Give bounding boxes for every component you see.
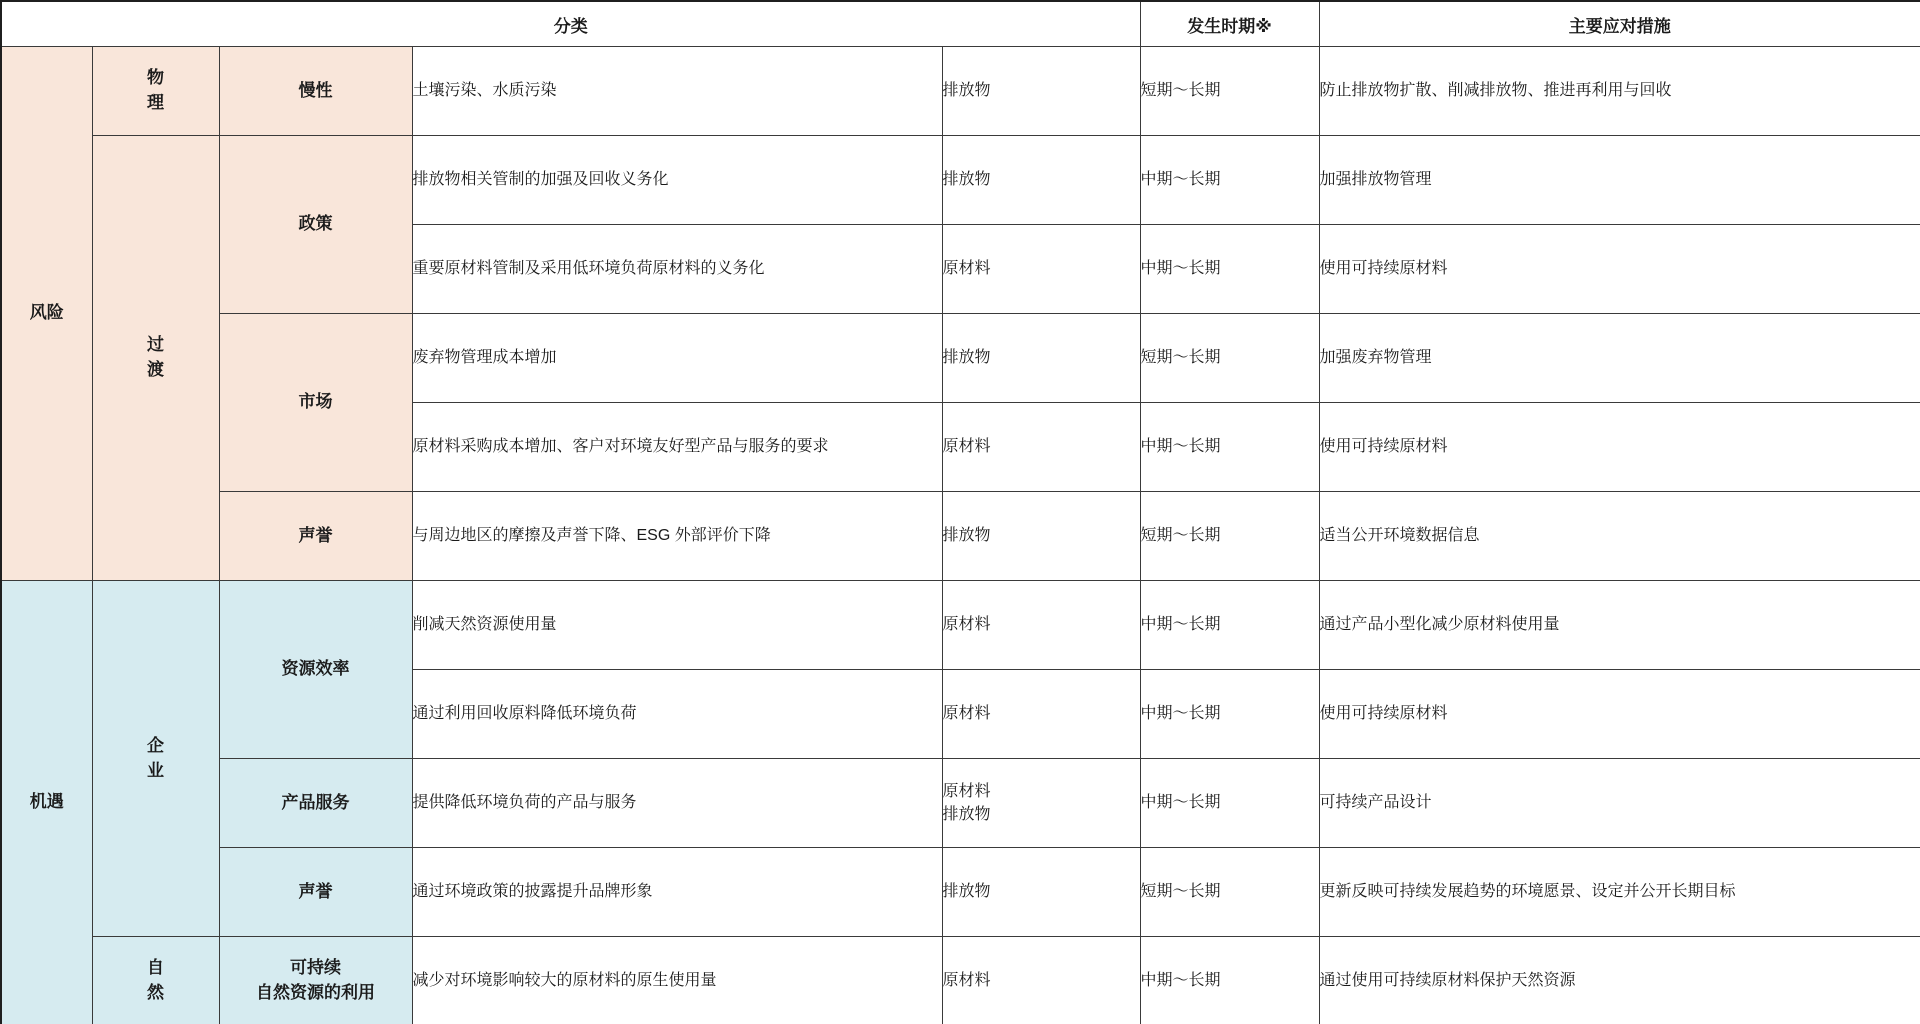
subgroup-label-products-services: 产品服务 [219,759,412,848]
occurrence-period: 短期～长期 [1140,492,1319,581]
factor: 原材料 [942,581,1140,670]
header-occurrence-period: 发生时期※ [1140,1,1319,47]
measure: 使用可持续原材料 [1319,670,1920,759]
occurrence-period: 中期～长期 [1140,937,1319,1024]
subgroup-label-market: 市场 [219,314,412,492]
impact-description: 排放物相关管制的加强及回收义务化 [412,136,942,225]
factor: 原材料 [942,670,1140,759]
subgroup-label-resource-efficiency: 资源效率 [219,581,412,759]
header-main-measures: 主要应对措施 [1319,1,1920,47]
measure: 使用可持续原材料 [1319,225,1920,314]
measure: 更新反映可持续发展趋势的环境愿景、设定并公开长期目标 [1319,848,1920,937]
impact-description: 通过利用回收原料降低环境负荷 [412,670,942,759]
measure: 加强排放物管理 [1319,136,1920,225]
table-row: 机遇 企 业 资源效率 削减天然资源使用量 原材料 中期～长期 通过产品小型化减… [1,581,1920,670]
occurrence-period: 中期～长期 [1140,581,1319,670]
impact-description: 通过环境政策的披露提升品牌形象 [412,848,942,937]
impact-description: 削减天然资源使用量 [412,581,942,670]
factor: 原材料 [942,937,1140,1024]
subgroup-label-policy: 政策 [219,136,412,314]
factor: 排放物 [942,492,1140,581]
occurrence-period: 中期～长期 [1140,136,1319,225]
table-row: 产品服务 提供降低环境负荷的产品与服务 原材料 排放物 中期～长期 可持续产品设… [1,759,1920,848]
measure: 通过产品小型化减少原材料使用量 [1319,581,1920,670]
factor: 排放物 [942,47,1140,136]
impact-description: 原材料采购成本增加、客户对环境友好型产品与服务的要求 [412,403,942,492]
measure: 可持续产品设计 [1319,759,1920,848]
subgroup-label-reputation-opportunity: 声誉 [219,848,412,937]
impact-description: 重要原材料管制及采用低环境负荷原材料的义务化 [412,225,942,314]
subgroup-label-sustainable-use: 可持续 自然资源的利用 [219,937,412,1024]
factor: 原材料 [942,403,1140,492]
occurrence-period: 中期～长期 [1140,225,1319,314]
table-row: 声誉 与周边地区的摩擦及声誉下降、ESG 外部评价下降 排放物 短期～长期 适当… [1,492,1920,581]
factor: 排放物 [942,848,1140,937]
table-row: 自 然 可持续 自然资源的利用 减少对环境影响较大的原材料的原生使用量 原材料 … [1,937,1920,1024]
impact-description: 减少对环境影响较大的原材料的原生使用量 [412,937,942,1024]
table-row: 市场 废弃物管理成本增加 排放物 短期～长期 加强废弃物管理 [1,314,1920,403]
factor: 原材料 [942,225,1140,314]
section-label-risk: 风险 [1,47,92,581]
impact-description: 提供降低环境负荷的产品与服务 [412,759,942,848]
measure: 通过使用可持续原材料保护天然资源 [1319,937,1920,1024]
group-label-physical: 物 理 [92,47,219,136]
factor: 排放物 [942,136,1140,225]
impact-description: 废弃物管理成本增加 [412,314,942,403]
table-row: 过 渡 政策 排放物相关管制的加强及回收义务化 排放物 中期～长期 加强排放物管… [1,136,1920,225]
table-row: 声誉 通过环境政策的披露提升品牌形象 排放物 短期～长期 更新反映可持续发展趋势… [1,848,1920,937]
subgroup-label-reputation-risk: 声誉 [219,492,412,581]
occurrence-period: 中期～长期 [1140,670,1319,759]
table-row: 风险 物 理 慢性 土壤污染、水质污染 排放物 短期～长期 防止排放物扩散、削减… [1,47,1920,136]
occurrence-period: 短期～长期 [1140,848,1319,937]
subgroup-label-chronic: 慢性 [219,47,412,136]
measure: 加强废弃物管理 [1319,314,1920,403]
group-label-nature: 自 然 [92,937,219,1024]
occurrence-period: 中期～长期 [1140,759,1319,848]
measure: 防止排放物扩散、削减排放物、推进再利用与回收 [1319,47,1920,136]
occurrence-period: 短期～长期 [1140,314,1319,403]
group-label-transition: 过 渡 [92,136,219,581]
risk-opportunity-page: 分类 发生时期※ 主要应对措施 风险 物 理 慢性 土壤污染、水质污染 排放物 … [0,0,1920,1024]
group-label-business: 企 业 [92,581,219,937]
factor: 排放物 [942,314,1140,403]
occurrence-period: 短期～长期 [1140,47,1319,136]
factor: 原材料 排放物 [942,759,1140,848]
impact-description: 土壤污染、水质污染 [412,47,942,136]
impact-description: 与周边地区的摩擦及声誉下降、ESG 外部评价下降 [412,492,942,581]
risk-opportunity-table: 分类 发生时期※ 主要应对措施 风险 物 理 慢性 土壤污染、水质污染 排放物 … [0,0,1920,1024]
section-label-opportunity: 机遇 [1,581,92,1024]
header-classification: 分类 [1,1,1140,47]
occurrence-period: 中期～长期 [1140,403,1319,492]
measure: 适当公开环境数据信息 [1319,492,1920,581]
measure: 使用可持续原材料 [1319,403,1920,492]
header-row: 分类 发生时期※ 主要应对措施 [1,1,1920,47]
